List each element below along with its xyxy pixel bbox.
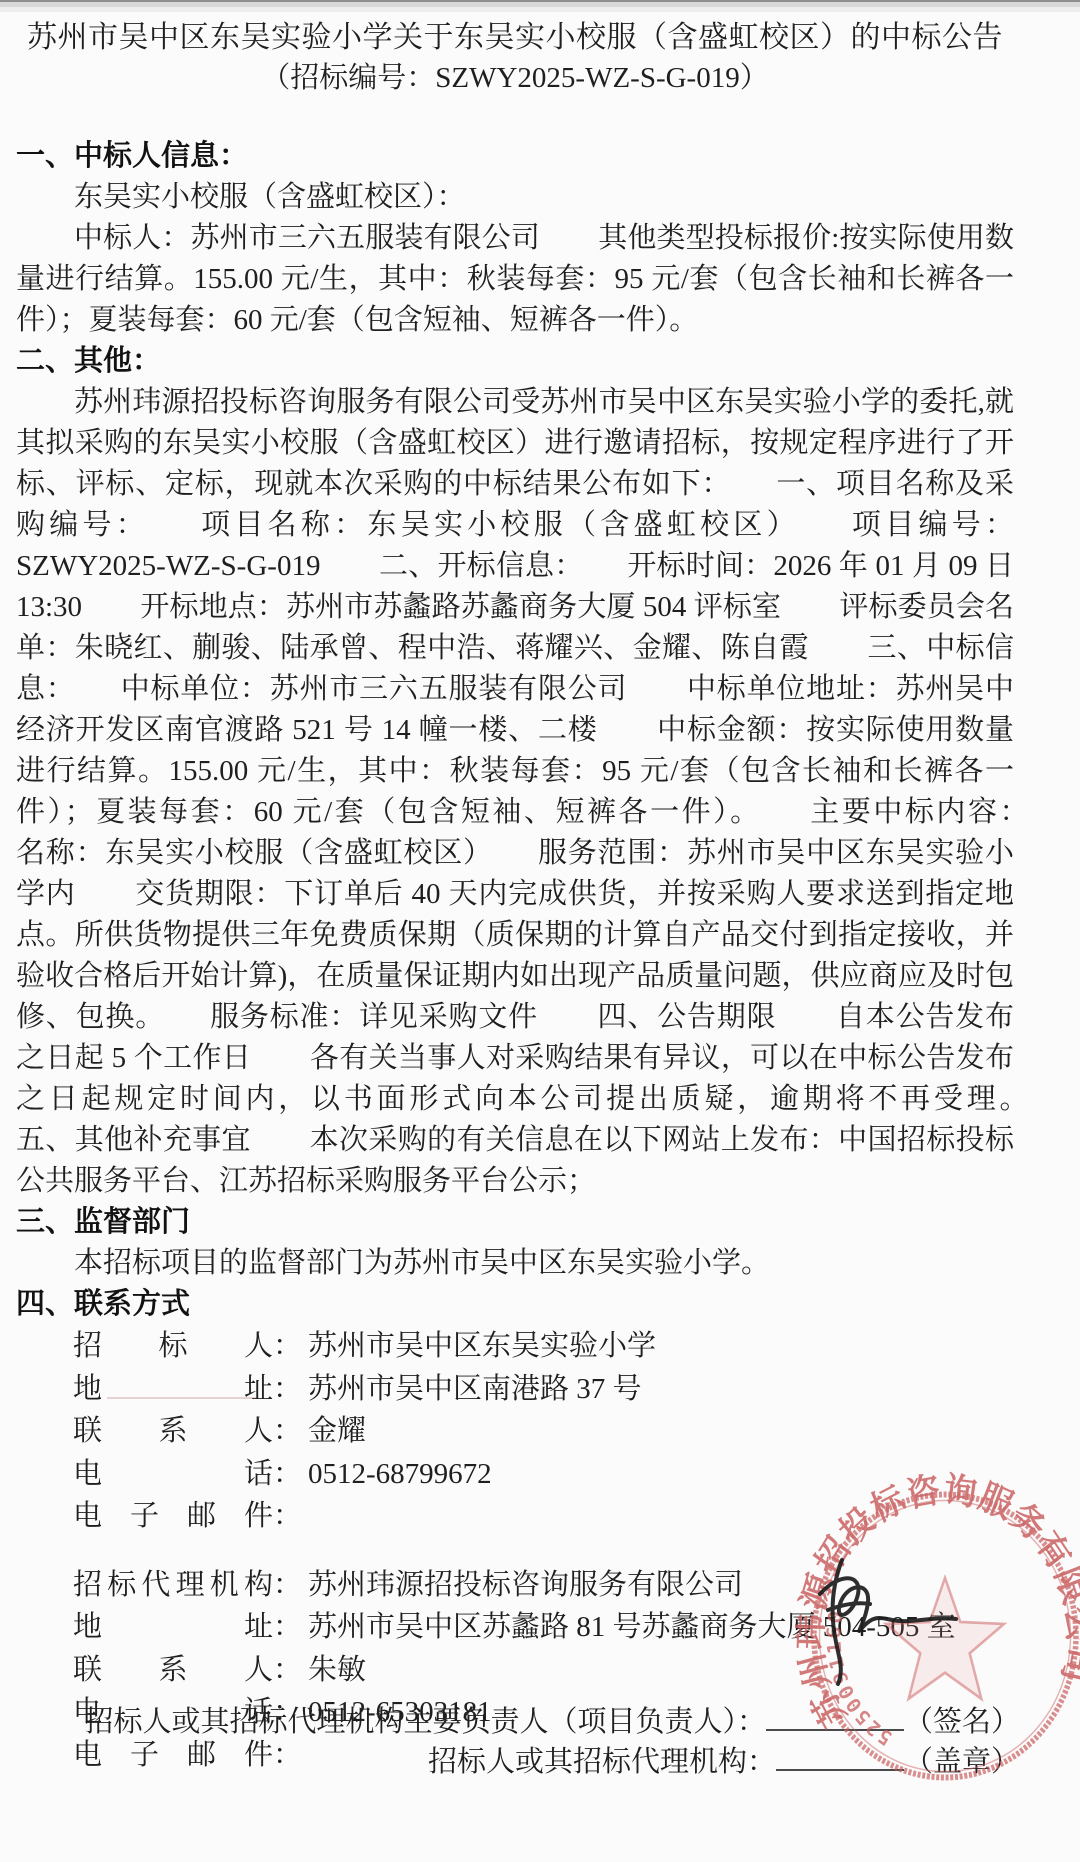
- section1-heading: 一、中标人信息：: [16, 136, 1014, 177]
- contact-value: 苏州市吴中区东吴实验小学: [302, 1330, 656, 1362]
- contact-label: 地址: [73, 1606, 273, 1649]
- signature-label: 招标人或其招标代理机构主要负责人（项目负责人）：: [84, 1706, 766, 1738]
- label-colon: ：: [273, 1654, 302, 1686]
- section4-heading: 四、联系方式: [16, 1284, 1014, 1325]
- section3-body: 本招标项目的监督部门为苏州市吴中区东吴实验小学。: [16, 1243, 1014, 1284]
- contact-label: 招标代理机构: [73, 1564, 273, 1607]
- section1-body: 中标人：苏州市三六五服装有限公司 其他类型投标报价:按实际使用数量进行结算。15…: [16, 218, 1014, 341]
- section2-heading: 二、其他：: [16, 341, 1014, 382]
- contact-value: 苏州玮源招投标咨询服务有限公司: [302, 1569, 743, 1601]
- seal-label: 招标人或其招标代理机构：: [428, 1746, 776, 1778]
- announcement-page: 苏州市吴中区东吴实验小学关于东吴实小校服（含盛虹校区）的中标公告 （招标编号：S…: [0, 0, 1080, 1862]
- contact-label: 地址: [73, 1368, 273, 1411]
- page-title: 苏州市吴中区东吴实验小学关于东吴实小校服（含盛虹校区）的中标公告: [16, 18, 1014, 58]
- contact-row-tenderer-name: 招标人：苏州市吴中区东吴实验小学: [73, 1325, 1014, 1368]
- label-colon: ：: [273, 1569, 302, 1601]
- contact-value: 苏州市吴中区南港路 37 号: [302, 1373, 642, 1405]
- contact-value: [302, 1500, 308, 1532]
- contact-value: 金耀: [302, 1415, 366, 1447]
- contact-row-tenderer-person: 联系人：金耀: [73, 1410, 1014, 1453]
- label-colon: ：: [273, 1458, 302, 1490]
- tender-number: （招标编号：SZWY2025-WZ-S-G-019）: [16, 58, 1014, 98]
- contact-label: 联系人: [73, 1410, 273, 1453]
- label-colon: ：: [273, 1373, 302, 1405]
- contact-label: 招标人: [73, 1325, 273, 1368]
- section3-heading: 三、监督部门: [16, 1202, 1014, 1243]
- section2-body: 苏州玮源招投标咨询服务有限公司受苏州市吴中区东吴实验小学的委托,就其拟采购的东吴…: [16, 382, 1014, 1202]
- handwritten-signature: [804, 1552, 984, 1692]
- contact-label: 电子邮件: [73, 1495, 273, 1538]
- label-colon: ：: [273, 1415, 302, 1447]
- label-colon: ：: [273, 1330, 302, 1362]
- contact-value: 朱敏: [302, 1654, 366, 1686]
- label-colon: ：: [273, 1500, 302, 1532]
- screenshot-top-edge: [0, 0, 1080, 12]
- contact-label: 电话: [73, 1453, 273, 1496]
- contact-label: 联系人: [73, 1649, 273, 1692]
- section1-intro: 东吴实小校服（含盛虹校区）：: [16, 177, 1014, 218]
- label-colon: ：: [273, 1611, 302, 1643]
- contact-row-tenderer-address: 地址：苏州市吴中区南港路 37 号: [73, 1368, 1014, 1411]
- contact-value: 0512-68799672: [302, 1458, 492, 1490]
